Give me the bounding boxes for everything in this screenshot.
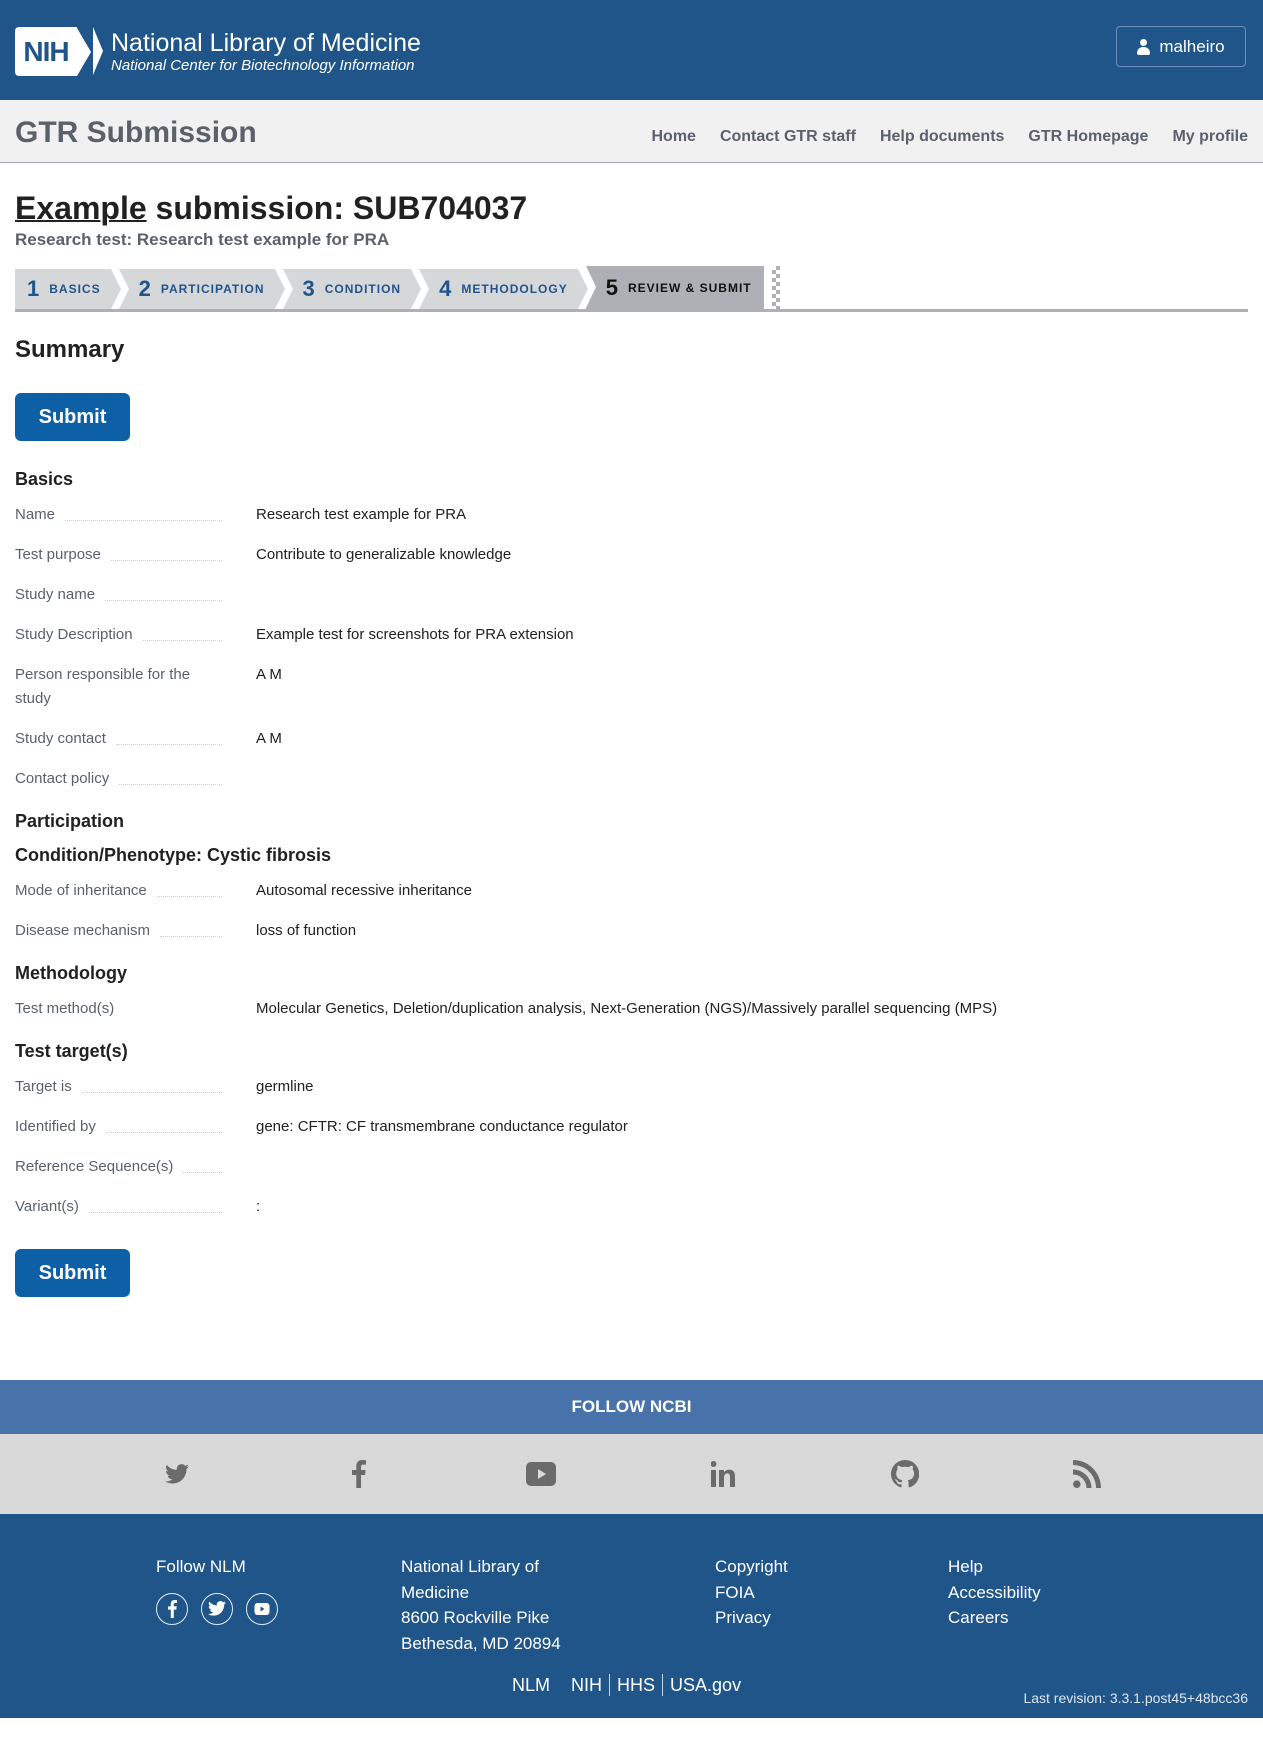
linkedin-link[interactable]	[632, 1461, 814, 1487]
condition-rows: Mode of inheritanceAutosomal recessive i…	[15, 871, 1248, 951]
agency-links: NLM NIH HHS USA.gov	[512, 1674, 748, 1696]
address-line: Medicine	[401, 1580, 561, 1606]
nav-gtr-homepage[interactable]: GTR Homepage	[1028, 128, 1148, 146]
facebook-icon	[352, 1460, 366, 1488]
methodology-title: Methodology	[15, 961, 1248, 985]
step-label: REVIEW & SUBMIT	[628, 281, 752, 295]
step-number: 3	[303, 276, 315, 302]
footer-links-col1: Copyright FOIA Privacy	[715, 1554, 788, 1631]
nih-chevron	[77, 28, 91, 76]
row-test-purpose: Test purposeContribute to generalizable …	[15, 535, 1248, 575]
field-label: Study Description	[15, 623, 133, 647]
field-value: Research test example for PRA	[256, 503, 466, 527]
field-value: gene: CFTR: CF transmembrane conductance…	[256, 1115, 628, 1139]
address-line: 8600 Rockville Pike	[401, 1605, 561, 1631]
field-value: Example test for screenshots for PRA ext…	[256, 623, 574, 647]
basics-rows: NameResearch test example for PRA Test p…	[15, 495, 1248, 799]
user-icon	[1137, 39, 1150, 55]
help-link[interactable]: Help	[948, 1554, 1041, 1580]
app-bar: GTR Submission Home Contact GTR staff He…	[0, 100, 1263, 163]
summary-title: Summary	[15, 336, 1248, 364]
submit-button-top[interactable]: Submit	[15, 393, 130, 441]
logo-title: National Library of Medicine	[111, 29, 421, 57]
nih-header: NIH National Library of Medicine Nationa…	[0, 0, 1263, 100]
row-reference-sequences: Reference Sequence(s)	[15, 1147, 1248, 1187]
step-review-submit[interactable]: 5REVIEW & SUBMIT	[586, 266, 764, 309]
step-label: CONDITION	[325, 282, 401, 296]
page-title: Example submission: SUB704037	[15, 189, 1248, 227]
field-label: Target is	[15, 1075, 72, 1099]
nlm-logo[interactable]: NIH National Library of Medicine Nationa…	[15, 27, 421, 76]
step-participation[interactable]: 2PARTICIPATION	[119, 269, 275, 309]
field-label: Study name	[15, 583, 95, 607]
nlm-address: National Library of Medicine 8600 Rockvi…	[401, 1554, 561, 1656]
step-number: 5	[606, 275, 618, 301]
row-identified-by: Identified bygene: CFTR: CF transmembran…	[15, 1107, 1248, 1147]
field-label: Mode of inheritance	[15, 879, 147, 903]
nav-contact-gtr-staff[interactable]: Contact GTR staff	[720, 128, 856, 146]
github-link[interactable]	[814, 1460, 996, 1488]
nlm-link[interactable]: NLM	[512, 1675, 564, 1696]
youtube-icon	[526, 1462, 556, 1486]
field-label: Test method(s)	[15, 997, 114, 1021]
step-label: BASICS	[49, 282, 100, 296]
test-targets-title: Test target(s)	[15, 1039, 1248, 1063]
field-label: Variant(s)	[15, 1195, 79, 1219]
facebook-link[interactable]	[268, 1460, 450, 1488]
linkedin-icon	[711, 1461, 735, 1487]
step-condition[interactable]: 3CONDITION	[283, 269, 412, 309]
participation-title: Participation	[15, 809, 1248, 833]
follow-nlm-column: Follow NLM	[156, 1554, 278, 1625]
field-value: germline	[256, 1075, 314, 1099]
rss-icon	[1073, 1460, 1101, 1488]
twitter-link[interactable]	[86, 1464, 268, 1484]
step-number: 1	[27, 276, 39, 302]
nlm-youtube-link[interactable]	[246, 1593, 278, 1625]
field-label: Identified by	[15, 1115, 96, 1139]
address-line: Bethesda, MD 20894	[401, 1631, 561, 1657]
user-name: malheiro	[1159, 37, 1224, 57]
field-value: Autosomal recessive inheritance	[256, 879, 472, 903]
field-value: :	[256, 1195, 260, 1219]
careers-link[interactable]: Careers	[948, 1605, 1041, 1631]
row-variants: Variant(s):	[15, 1187, 1248, 1227]
foia-link[interactable]: FOIA	[715, 1580, 788, 1606]
methodology-rows: Test method(s)Molecular Genetics, Deleti…	[15, 989, 1248, 1029]
row-study-name: Study name	[15, 575, 1248, 615]
step-methodology[interactable]: 4METHODOLOGY	[419, 269, 578, 309]
privacy-link[interactable]: Privacy	[715, 1605, 788, 1631]
field-label: Reference Sequence(s)	[15, 1155, 173, 1179]
row-contact-policy: Contact policy	[15, 759, 1248, 799]
field-value: A M	[256, 727, 282, 751]
twitter-icon	[208, 1601, 226, 1616]
last-revision: Last revision: 3.3.1.post45+48bcc36	[1023, 1690, 1248, 1706]
step-label: METHODOLOGY	[461, 282, 567, 296]
youtube-icon	[254, 1603, 270, 1615]
field-label: Test purpose	[15, 543, 101, 567]
field-label: Study contact	[15, 727, 106, 751]
row-study-contact: Study contactA M	[15, 719, 1248, 759]
nlm-footer: Follow NLM National Library of Medicine …	[0, 1514, 1263, 1718]
nav-my-profile[interactable]: My profile	[1172, 128, 1248, 146]
field-label: Disease mechanism	[15, 919, 150, 943]
youtube-link[interactable]	[450, 1462, 632, 1486]
accessibility-link[interactable]: Accessibility	[948, 1580, 1041, 1606]
main-content: Example submission: SUB704037 Research t…	[0, 189, 1263, 1297]
twitter-icon	[165, 1464, 189, 1484]
field-value: Molecular Genetics, Deletion/duplication…	[256, 997, 997, 1021]
row-mode-of-inheritance: Mode of inheritanceAutosomal recessive i…	[15, 871, 1248, 911]
rss-link[interactable]	[996, 1460, 1178, 1488]
nav-help-documents[interactable]: Help documents	[880, 128, 1004, 146]
step-label: PARTICIPATION	[161, 282, 265, 296]
nih-chevron-outline	[93, 27, 103, 76]
hhs-link[interactable]: HHS	[610, 1675, 662, 1696]
user-account-button[interactable]: malheiro	[1116, 26, 1246, 67]
field-value: Contribute to generalizable knowledge	[256, 543, 511, 567]
row-disease-mechanism: Disease mechanismloss of function	[15, 911, 1248, 951]
row-name: NameResearch test example for PRA	[15, 495, 1248, 535]
field-value: loss of function	[256, 919, 356, 943]
field-label: Person responsible for the study	[15, 663, 215, 711]
nih-badge: NIH	[15, 27, 77, 76]
logo-subtitle: National Center for Biotechnology Inform…	[111, 57, 421, 75]
footer-links-col2: Help Accessibility Careers	[948, 1554, 1041, 1631]
finish-flag	[772, 266, 780, 309]
nih-link[interactable]: NIH	[564, 1675, 609, 1696]
basics-title: Basics	[15, 467, 1248, 491]
submit-button-bottom[interactable]: Submit	[15, 1249, 130, 1297]
step-number: 2	[139, 276, 151, 302]
page-subtitle: Research test: Research test example for…	[15, 230, 1248, 250]
submission-id: submission: SUB704037	[147, 190, 528, 226]
github-icon	[891, 1460, 919, 1488]
condition-title: Condition/Phenotype: Cystic fibrosis	[15, 843, 1248, 867]
row-test-methods: Test method(s)Molecular Genetics, Deleti…	[15, 989, 1248, 1029]
copyright-link[interactable]: Copyright	[715, 1554, 788, 1580]
facebook-icon	[168, 1600, 177, 1618]
field-value: A M	[256, 663, 282, 687]
nav-home[interactable]: Home	[652, 128, 696, 146]
test-targets-rows: Target isgermline Identified bygene: CFT…	[15, 1067, 1248, 1227]
row-target-is: Target isgermline	[15, 1067, 1248, 1107]
nlm-facebook-link[interactable]	[156, 1593, 188, 1625]
follow-nlm-heading: Follow NLM	[156, 1554, 278, 1580]
nlm-twitter-link[interactable]	[201, 1593, 233, 1625]
example-link[interactable]: Example	[15, 190, 147, 226]
field-label: Name	[15, 503, 55, 527]
ncbi-social-links	[0, 1434, 1263, 1514]
submission-stepper: 1BASICS 2PARTICIPATION 3CONDITION 4METHO…	[15, 266, 1248, 312]
row-person-responsible: Person responsible for the studyA M	[15, 655, 1248, 719]
app-title[interactable]: GTR Submission	[15, 116, 257, 150]
row-study-description: Study DescriptionExample test for screen…	[15, 615, 1248, 655]
step-basics[interactable]: 1BASICS	[15, 269, 111, 309]
usa-gov-link[interactable]: USA.gov	[663, 1675, 748, 1696]
address-line: National Library of	[401, 1554, 561, 1580]
step-number: 4	[439, 276, 451, 302]
field-label: Contact policy	[15, 767, 109, 791]
app-nav: Home Contact GTR staff Help documents GT…	[652, 128, 1249, 146]
follow-ncbi-heading: FOLLOW NCBI	[0, 1380, 1263, 1434]
